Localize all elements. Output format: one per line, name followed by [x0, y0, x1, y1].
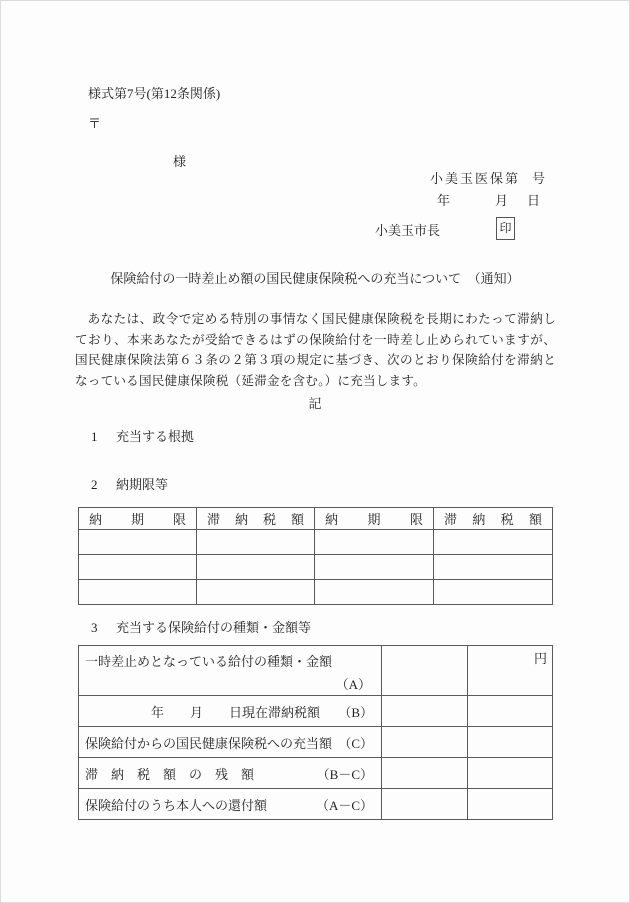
- row-label: 年 月 日現在滞納税額: [85, 702, 320, 721]
- currency-unit-label: 円: [534, 651, 547, 666]
- row-code: （A－C）: [316, 795, 373, 814]
- allocation-table-wrap: 一時差止めとなっている給付の種類・金額 （A） 円 年 月 日現在滞納税額 （B…: [78, 645, 553, 820]
- postal-code-mark: 〒: [88, 113, 101, 132]
- header-label: 滞 納 税 額: [207, 509, 304, 528]
- row-label: 滞 納 税 額 の 残 額: [85, 764, 317, 783]
- due-date-header-cell: 納 期 限: [315, 508, 434, 530]
- section-1-heading: 1 充当する根拠: [91, 426, 194, 445]
- empty-cell: [315, 530, 434, 555]
- due-date-table-wrap: 納 期 限 滞 納 税 額 納 期 限 滞 納 税 額: [78, 507, 553, 605]
- section-3-number: 3: [91, 620, 105, 636]
- value-cell: [382, 646, 468, 696]
- row-label: 一時差止めとなっている給付の種類・金額: [85, 648, 373, 670]
- section-1-number: 1: [91, 429, 105, 445]
- due-date-header-cell: 納 期 限: [79, 508, 197, 530]
- due-date-table: 納 期 限 滞 納 税 額 納 期 限 滞 納 税 額: [78, 507, 553, 605]
- table-row-refund-amount: 保険給付のうち本人への還付額 （A－C）: [79, 789, 553, 820]
- empty-cell: [434, 530, 553, 555]
- row-label-cell: 年 月 日現在滞納税額 （B）: [79, 696, 382, 727]
- table-row-allocation-amount: 保険給付からの国民健康保険税への充当額 （C）: [79, 727, 553, 758]
- empty-cell: [315, 580, 434, 605]
- row-code: （C）: [338, 733, 373, 752]
- amount-cell: [468, 727, 553, 758]
- header-label: 納 期 限: [325, 509, 423, 528]
- row-label-cell: 滞 納 税 額 の 残 額 （B－C）: [79, 758, 382, 789]
- amount-cell: 円: [468, 646, 553, 696]
- date-month-label: 月: [495, 190, 508, 209]
- mayor-signature-label: 小美玉市長: [375, 220, 440, 239]
- arrears-amount-header-cell: 滞 納 税 額: [197, 508, 315, 530]
- section-1-label: 充当する根拠: [116, 426, 194, 445]
- value-cell: [382, 789, 468, 820]
- value-cell: [382, 758, 468, 789]
- row-label: 保険給付のうち本人への還付額: [85, 795, 267, 814]
- seal-placeholder-box: 印: [496, 217, 515, 240]
- section-3-heading: 3 充当する保険給付の種類・金額等: [91, 617, 311, 636]
- empty-cell: [434, 555, 553, 580]
- date-line: 年 月 日: [437, 190, 540, 209]
- empty-cell: [197, 555, 315, 580]
- empty-cell: [197, 580, 315, 605]
- header-label: 滞 納 税 額: [444, 509, 542, 528]
- section-3-label: 充当する保険給付の種類・金額等: [116, 617, 311, 636]
- empty-cell: [79, 555, 197, 580]
- table-row-current-arrears: 年 月 日現在滞納税額 （B）: [79, 696, 553, 727]
- due-date-table-header-row: 納 期 限 滞 納 税 額 納 期 限 滞 納 税 額: [79, 508, 553, 530]
- empty-cell: [315, 555, 434, 580]
- row-label-cell: 一時差止めとなっている給付の種類・金額 （A）: [79, 646, 382, 696]
- allocation-table: 一時差止めとなっている給付の種類・金額 （A） 円 年 月 日現在滞納税額 （B…: [78, 645, 553, 820]
- empty-cell: [434, 580, 553, 605]
- date-year-label: 年: [437, 190, 450, 209]
- row-label-cell: 保険給付のうち本人への還付額 （A－C）: [79, 789, 382, 820]
- value-cell: [382, 727, 468, 758]
- empty-cell: [79, 530, 197, 555]
- row-code: （B－C）: [317, 764, 373, 783]
- addressee-honorific: 様: [173, 151, 186, 170]
- document-number-suffix: 号: [532, 168, 545, 187]
- ki-separator-label: 記: [0, 393, 630, 412]
- row-code: （B）: [338, 702, 373, 721]
- form-style-number: 様式第7号(第12条関係): [88, 83, 220, 102]
- page-title: 保険給付の一時差止め額の国民健康保険税への充当について （通知）: [0, 268, 630, 287]
- amount-cell: [468, 758, 553, 789]
- document-page: 様式第7号(第12条関係) 〒 様 小美玉医保第 号 年 月 日 小美玉市長 印…: [0, 0, 630, 903]
- empty-cell: [197, 530, 315, 555]
- table-row: [79, 530, 553, 555]
- empty-cell: [79, 580, 197, 605]
- section-2-heading: 2 納期限等: [91, 474, 168, 493]
- table-row-suspended-benefit: 一時差止めとなっている給付の種類・金額 （A） 円: [79, 646, 553, 696]
- value-cell: [382, 696, 468, 727]
- section-2-label: 納期限等: [116, 474, 168, 493]
- table-row: [79, 580, 553, 605]
- notice-body-paragraph: あなたは、政令で定める特別の事情なく国民健康保険税を長期にわたって滞納しており、…: [75, 309, 556, 391]
- row-label-cell: 保険給付からの国民健康保険税への充当額 （C）: [79, 727, 382, 758]
- row-label: 保険給付からの国民健康保険税への充当額: [85, 733, 332, 752]
- amount-cell: [468, 789, 553, 820]
- document-number-line: 小美玉医保第 号: [430, 168, 545, 187]
- row-code: （A）: [85, 670, 373, 693]
- date-day-label: 日: [527, 190, 540, 209]
- table-row: [79, 555, 553, 580]
- header-label: 納 期 限: [89, 509, 186, 528]
- table-row-remaining-arrears: 滞 納 税 額 の 残 額 （B－C）: [79, 758, 553, 789]
- amount-cell: [468, 696, 553, 727]
- arrears-amount-header-cell: 滞 納 税 額: [434, 508, 553, 530]
- section-2-number: 2: [91, 477, 105, 493]
- document-number-prefix: 小美玉医保第: [430, 168, 520, 187]
